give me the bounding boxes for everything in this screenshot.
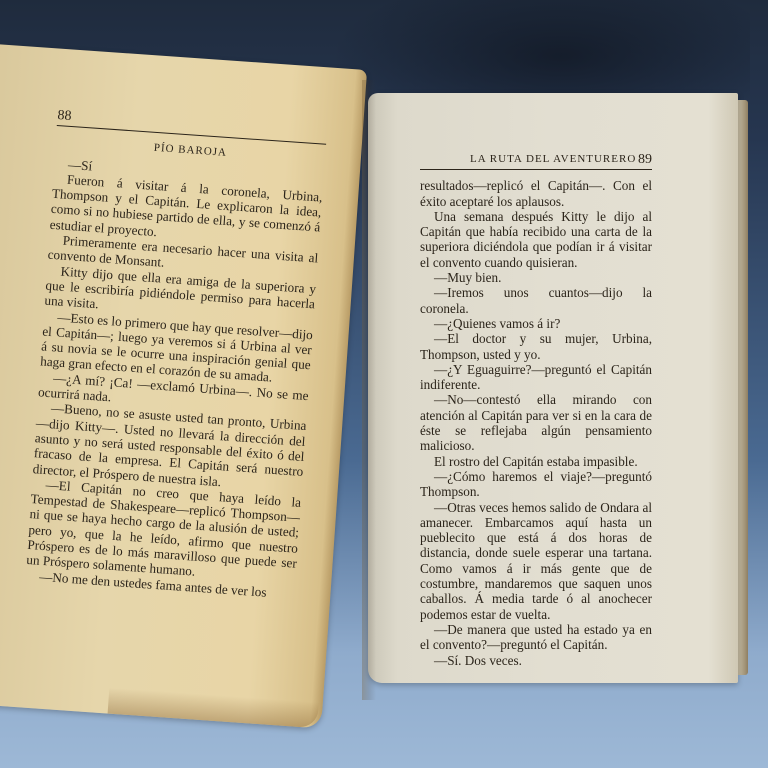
paragraph: —El doctor y su mujer, Urbina, Thompson,…	[420, 331, 652, 362]
paragraph: resultados—replicó el Capitán—. Con el é…	[420, 178, 652, 209]
paragraph: —Iremos unos cuantos—dijo la coronela.	[420, 285, 652, 316]
paragraph: —De manera que usted ha estado ya en el …	[420, 622, 652, 653]
page-number: 89	[638, 152, 652, 167]
open-book: 88 PÍO BAROJA —Sí Fueron á visitar á la …	[0, 0, 768, 768]
book-gutter	[362, 80, 376, 700]
left-page-text: 88 PÍO BAROJA —Sí Fueron á visitar á la …	[25, 108, 328, 602]
right-page-header: LA RUTA DEL AVENTURERO 89	[420, 152, 652, 167]
header-rule	[420, 169, 652, 170]
paragraph: —¿Quienes vamos á ir?	[420, 316, 652, 331]
paragraph: —No—contestó ella mirando con atención a…	[420, 392, 652, 453]
paragraph: —Sí. Dos veces.	[420, 653, 652, 668]
paragraph: —El Capitán no creo que haya leído la Te…	[26, 476, 302, 586]
paragraph: —¿Cómo haremos el viaje?—preguntó Thomps…	[420, 469, 652, 500]
paragraph: —¿Y Eguaguirre?—preguntó el Capitán indi…	[420, 362, 652, 393]
running-head: LA RUTA DEL AVENTURERO	[470, 152, 636, 167]
paragraph: El rostro del Capitán estaba impasible.	[420, 454, 652, 469]
right-page-text: LA RUTA DEL AVENTURERO 89 resultados—rep…	[420, 152, 652, 668]
paragraph: —Muy bien.	[420, 270, 652, 285]
paragraph: —Otras veces hemos salido de Ondara al a…	[420, 500, 652, 622]
paragraph: Una semana después Kitty le dijo al Capi…	[420, 209, 652, 270]
